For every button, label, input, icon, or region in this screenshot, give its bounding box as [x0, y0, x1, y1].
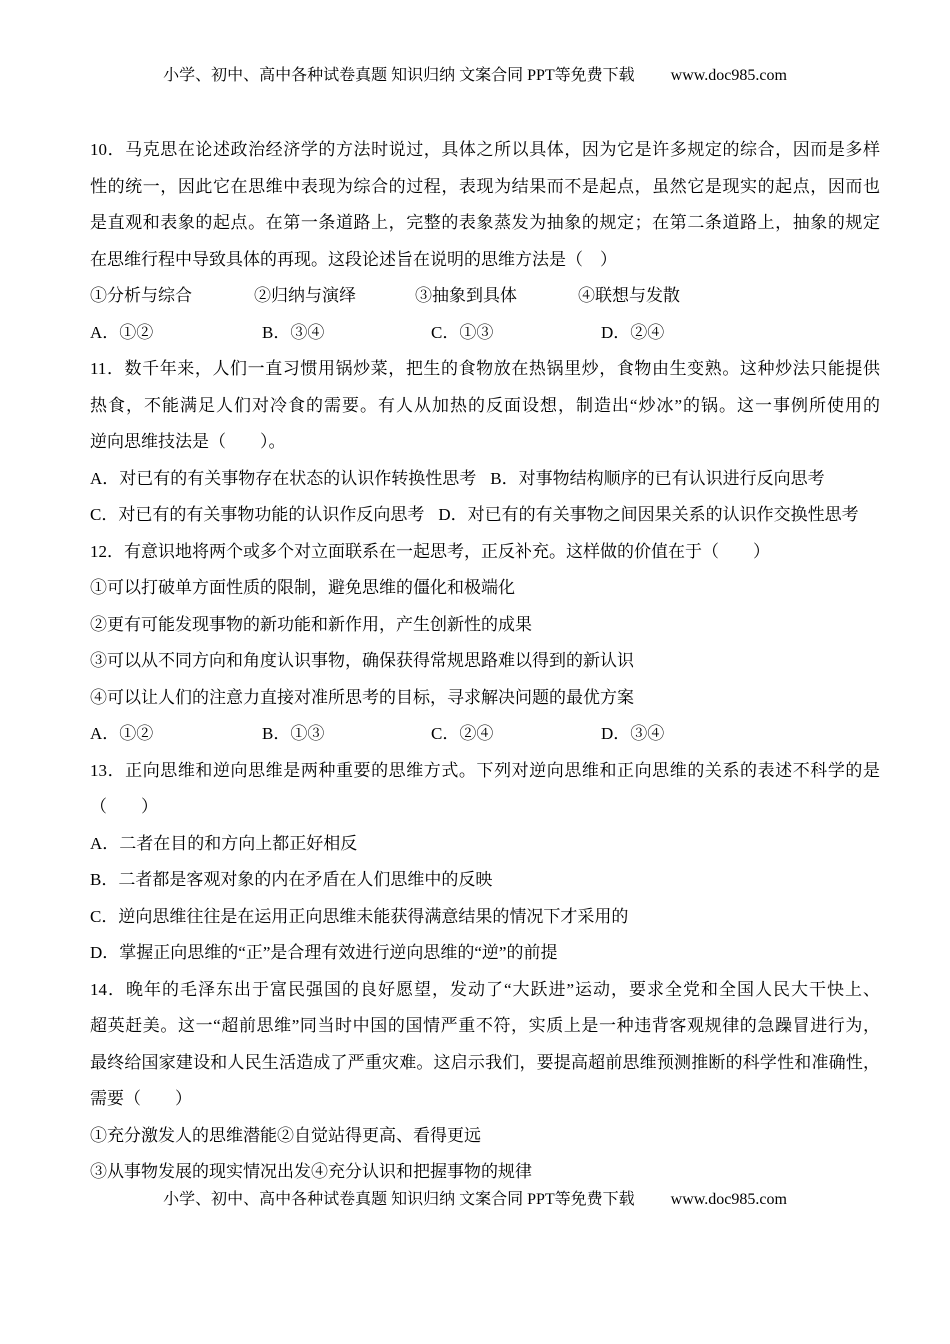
q10-choice-d: D．②④: [601, 315, 880, 352]
question-10: 10．马克思在论述政治经济学的方法时说过，具体之所以具体，因为它是许多规定的综合…: [90, 132, 880, 351]
q14-line-3: 最终给国家建设和人民生活造成了严重灾难。这启示我们，要提高超前思维预测推断的科学…: [90, 1045, 880, 1082]
q12-item-2: ②更有可能发现事物的新功能和新作用，产生创新性的成果: [90, 607, 880, 644]
q12-choice-c: C．②④: [431, 716, 601, 753]
q11-choice-b: B．对事物结构顺序的已有认识进行反向思考: [490, 461, 824, 498]
q13-choice-a: A．二者在目的和方向上都正好相反: [90, 826, 880, 863]
q12-line-1: 12．有意识地将两个或多个对立面联系在一起思考，正反补充。这样做的价值在于（ ）: [90, 534, 880, 571]
page-footer: 小学、初中、高中各种试卷真题 知识归纳 文案合同 PPT等免费下载 www.do…: [0, 1190, 950, 1210]
q10-choice-b: B．③④: [262, 315, 431, 352]
header-site-url: www.doc985.com: [671, 66, 787, 86]
question-13: 13．正向思维和逆向思维是两种重要的思维方式。下列对逆向思维和正向思维的关系的表…: [90, 753, 880, 972]
q13-choice-d: D．掌握正向思维的“正”是合理有效进行逆向思维的“逆”的前提: [90, 935, 880, 972]
q11-line-2: 热食，不能满足人们对冷食的需要。有人从加热的反面设想，制造出“炒冰”的锅。这一事…: [90, 388, 880, 425]
q12-choice-a: A．①②: [90, 716, 262, 753]
q10-item-2: ②归纳与演绎: [254, 278, 415, 315]
footer-promo-text: 小学、初中、高中各种试卷真题 知识归纳 文案合同 PPT等免费下载: [163, 1190, 635, 1210]
q14-line-2: 超英赶美。这一“超前思维”同当时中国的国情严重不符，实质上是一种违背客观规律的急…: [90, 1008, 880, 1045]
q11-choice-a: A．对已有的有关事物存在状态的认识作转换性思考: [90, 461, 476, 498]
q12-item-1: ①可以打破单方面性质的限制，避免思维的僵化和极端化: [90, 570, 880, 607]
header-promo-text: 小学、初中、高中各种试卷真题 知识归纳 文案合同 PPT等免费下载: [163, 66, 635, 86]
question-11: 11．数千年来，人们一直习惯用锅炒菜，把生的食物放在热锅里炒，食物由生变熟。这种…: [90, 351, 880, 534]
q10-item-1: ①分析与综合: [90, 278, 254, 315]
q10-line-4: 在思维行程中导致具体的再现。这段论述旨在说明的思维方法是（ ）: [90, 242, 880, 279]
q10-choices-row: A．①② B．③④ C．①③ D．②④: [90, 315, 880, 352]
q13-choice-b: B．二者都是客观对象的内在矛盾在人们思维中的反映: [90, 862, 880, 899]
q14-line-4: 需要（ ）: [90, 1081, 880, 1118]
q12-choices-row: A．①② B．①③ C．②④ D．③④: [90, 716, 880, 753]
q10-item-3: ③抽象到具体: [415, 278, 578, 315]
q11-line-1: 11．数千年来，人们一直习惯用锅炒菜，把生的食物放在热锅里炒，食物由生变熟。这种…: [90, 351, 880, 388]
q11-choice-c: C．对已有的有关事物功能的认识作反向思考: [90, 497, 424, 534]
q13-line-1: 13．正向思维和逆向思维是两种重要的思维方式。下列对逆向思维和正向思维的关系的表…: [90, 753, 880, 790]
q14-line-1: 14．晚年的毛泽东出于富民强国的良好愿望，发动了“大跃进”运动，要求全党和全国人…: [90, 972, 880, 1009]
question-list: 10．马克思在论述政治经济学的方法时说过，具体之所以具体，因为它是许多规定的综合…: [90, 132, 880, 1191]
question-14: 14．晚年的毛泽东出于富民强国的良好愿望，发动了“大跃进”运动，要求全党和全国人…: [90, 972, 880, 1191]
q10-choice-c: C．①③: [431, 315, 601, 352]
question-12: 12．有意识地将两个或多个对立面联系在一起思考，正反补充。这样做的价值在于（ ）…: [90, 534, 880, 753]
q10-numbered-items-row: ①分析与综合 ②归纳与演绎 ③抽象到具体 ④联想与发散: [90, 278, 880, 315]
q11-line-3: 逆向思维技法是（ ）。: [90, 424, 880, 461]
q12-item-4: ④可以让人们的注意力直接对准所思考的目标，寻求解决问题的最优方案: [90, 680, 880, 717]
footer-site-url: www.doc985.com: [671, 1190, 787, 1210]
q10-line-2: 性的统一，因此它在思维中表现为综合的过程，表现为结果而不是起点，虽然它是现实的起…: [90, 169, 880, 206]
exam-document-page: 小学、初中、高中各种试卷真题 知识归纳 文案合同 PPT等免费下载 www.do…: [0, 0, 950, 1344]
q14-items-row-34: ③从事物发展的现实情况出发④充分认识和把握事物的规律: [90, 1154, 880, 1191]
q14-items-row-12: ①充分激发人的思维潜能②自觉站得更高、看得更远: [90, 1118, 880, 1155]
q12-item-3: ③可以从不同方向和角度认识事物，确保获得常规思路难以得到的新认识: [90, 643, 880, 680]
q13-choice-c: C．逆向思维往往是在运用正向思维未能获得满意结果的情况下才采用的: [90, 899, 880, 936]
q10-line-3: 是直观和表象的起点。在第一条道路上，完整的表象蒸发为抽象的规定；在第二条道路上，…: [90, 205, 880, 242]
q10-line-1: 10．马克思在论述政治经济学的方法时说过，具体之所以具体，因为它是许多规定的综合…: [90, 132, 880, 169]
page-header: 小学、初中、高中各种试卷真题 知识归纳 文案合同 PPT等免费下载 www.do…: [0, 66, 950, 86]
q10-choice-a: A．①②: [90, 315, 262, 352]
q12-choice-d: D．③④: [601, 716, 880, 753]
q13-line-2: （ ）: [90, 789, 880, 826]
q11-choices-row-cd: C．对已有的有关事物功能的认识作反向思考 D．对已有的有关事物之间因果关系的认识…: [90, 497, 880, 534]
q11-choice-d: D．对已有的有关事物之间因果关系的认识作交换性思考: [438, 497, 858, 534]
q10-item-4: ④联想与发散: [578, 278, 880, 315]
q12-choice-b: B．①③: [262, 716, 431, 753]
q11-choices-row-ab: A．对已有的有关事物存在状态的认识作转换性思考 B．对事物结构顺序的已有认识进行…: [90, 461, 880, 498]
